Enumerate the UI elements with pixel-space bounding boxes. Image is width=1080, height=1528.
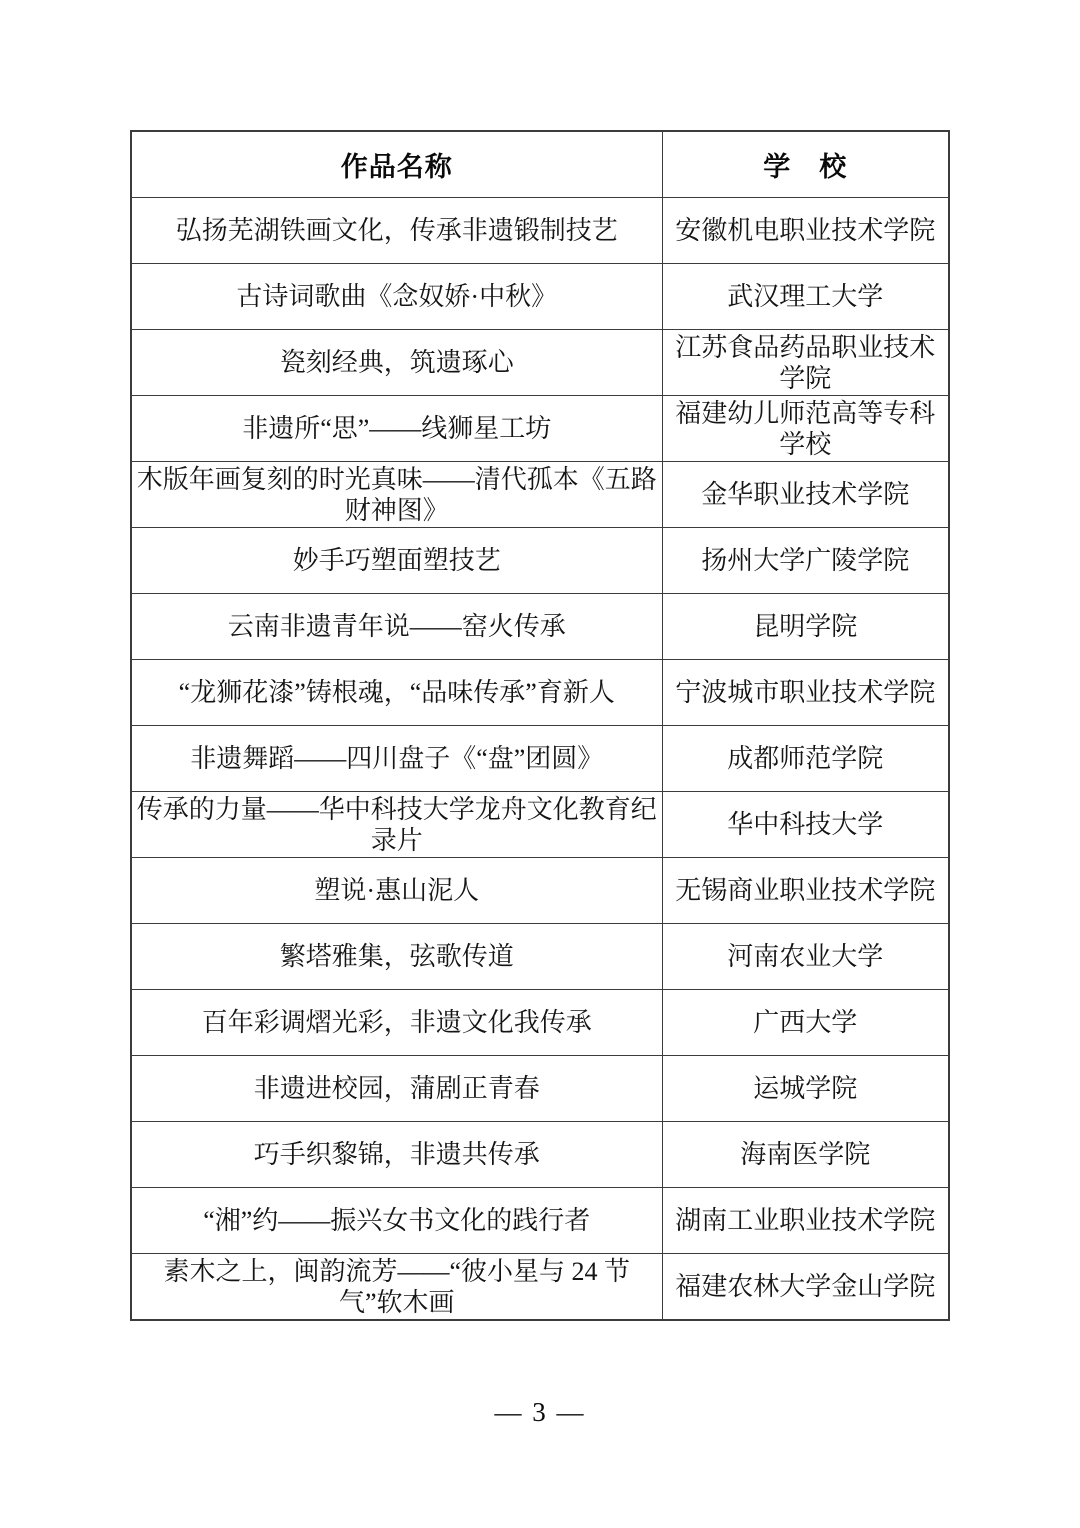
- table-header-row: 作品名称 学 校: [131, 131, 949, 198]
- work-title-cell: “湘”约——振兴女书文化的践行者: [131, 1188, 662, 1254]
- column-header-school: 学 校: [662, 131, 949, 198]
- work-title-cell: 巧手织黎锦，非遗共传承: [131, 1122, 662, 1188]
- table-row: 巧手织黎锦，非遗共传承海南医学院: [131, 1122, 949, 1188]
- work-title-cell: 弘扬芜湖铁画文化，传承非遗锻制技艺: [131, 198, 662, 264]
- work-title-cell: 百年彩调熠光彩，非遗文化我传承: [131, 990, 662, 1056]
- work-title-cell: 瓷刻经典，筑遗琢心: [131, 330, 662, 396]
- table-row: 古诗词歌曲《念奴娇·中秋》武汉理工大学: [131, 264, 949, 330]
- work-title-cell: 非遗舞蹈——四川盘子《“盘”团圆》: [131, 726, 662, 792]
- school-cell: 江苏食品药品职业技术学院: [662, 330, 949, 396]
- work-title-cell: 非遗所“思”——线狮星工坊: [131, 396, 662, 462]
- page-number: — 3 —: [0, 1397, 1080, 1428]
- works-schools-table: 作品名称 学 校 弘扬芜湖铁画文化，传承非遗锻制技艺安徽机电职业技术学院古诗词歌…: [130, 130, 950, 1321]
- school-cell: 海南医学院: [662, 1122, 949, 1188]
- school-cell: 运城学院: [662, 1056, 949, 1122]
- table-row: 百年彩调熠光彩，非遗文化我传承广西大学: [131, 990, 949, 1056]
- work-title-cell: 传承的力量——华中科技大学龙舟文化教育纪录片: [131, 792, 662, 858]
- table-row: 非遗舞蹈——四川盘子《“盘”团圆》成都师范学院: [131, 726, 949, 792]
- table-row: 传承的力量——华中科技大学龙舟文化教育纪录片华中科技大学: [131, 792, 949, 858]
- school-cell: 河南农业大学: [662, 924, 949, 990]
- work-title-cell: 妙手巧塑面塑技艺: [131, 528, 662, 594]
- work-title-cell: 古诗词歌曲《念奴娇·中秋》: [131, 264, 662, 330]
- work-title-cell: 非遗进校园，蒲剧正青春: [131, 1056, 662, 1122]
- work-title-cell: 素木之上，闽韵流芳——“彼小星与 24 节气”软木画: [131, 1254, 662, 1321]
- school-cell: 昆明学院: [662, 594, 949, 660]
- school-cell: 武汉理工大学: [662, 264, 949, 330]
- school-cell: 金华职业技术学院: [662, 462, 949, 528]
- table-row: 妙手巧塑面塑技艺扬州大学广陵学院: [131, 528, 949, 594]
- table-row: 瓷刻经典，筑遗琢心江苏食品药品职业技术学院: [131, 330, 949, 396]
- table-row: “湘”约——振兴女书文化的践行者湖南工业职业技术学院: [131, 1188, 949, 1254]
- school-cell: 扬州大学广陵学院: [662, 528, 949, 594]
- school-cell: 福建幼儿师范高等专科学校: [662, 396, 949, 462]
- school-cell: 广西大学: [662, 990, 949, 1056]
- table-row: 非遗进校园，蒲剧正青春运城学院: [131, 1056, 949, 1122]
- table-row: 弘扬芜湖铁画文化，传承非遗锻制技艺安徽机电职业技术学院: [131, 198, 949, 264]
- work-title-cell: “龙狮花漆”铸根魂，“品味传承”育新人: [131, 660, 662, 726]
- table-row: 素木之上，闽韵流芳——“彼小星与 24 节气”软木画福建农林大学金山学院: [131, 1254, 949, 1321]
- school-cell: 安徽机电职业技术学院: [662, 198, 949, 264]
- table-row: 木版年画复刻的时光真味——清代孤本《五路财神图》金华职业技术学院: [131, 462, 949, 528]
- table-row: 塑说·惠山泥人无锡商业职业技术学院: [131, 858, 949, 924]
- work-title-cell: 繁塔雅集，弦歌传道: [131, 924, 662, 990]
- table-row: 非遗所“思”——线狮星工坊福建幼儿师范高等专科学校: [131, 396, 949, 462]
- document-page: 作品名称 学 校 弘扬芜湖铁画文化，传承非遗锻制技艺安徽机电职业技术学院古诗词歌…: [0, 0, 1080, 1528]
- school-cell: 湖南工业职业技术学院: [662, 1188, 949, 1254]
- school-cell: 宁波城市职业技术学院: [662, 660, 949, 726]
- table-row: 繁塔雅集，弦歌传道河南农业大学: [131, 924, 949, 990]
- work-title-cell: 云南非遗青年说——窑火传承: [131, 594, 662, 660]
- work-title-cell: 塑说·惠山泥人: [131, 858, 662, 924]
- school-cell: 华中科技大学: [662, 792, 949, 858]
- school-cell: 福建农林大学金山学院: [662, 1254, 949, 1321]
- table-row: 云南非遗青年说——窑火传承昆明学院: [131, 594, 949, 660]
- column-header-work-title: 作品名称: [131, 131, 662, 198]
- table-row: “龙狮花漆”铸根魂，“品味传承”育新人宁波城市职业技术学院: [131, 660, 949, 726]
- work-title-cell: 木版年画复刻的时光真味——清代孤本《五路财神图》: [131, 462, 662, 528]
- school-cell: 无锡商业职业技术学院: [662, 858, 949, 924]
- school-cell: 成都师范学院: [662, 726, 949, 792]
